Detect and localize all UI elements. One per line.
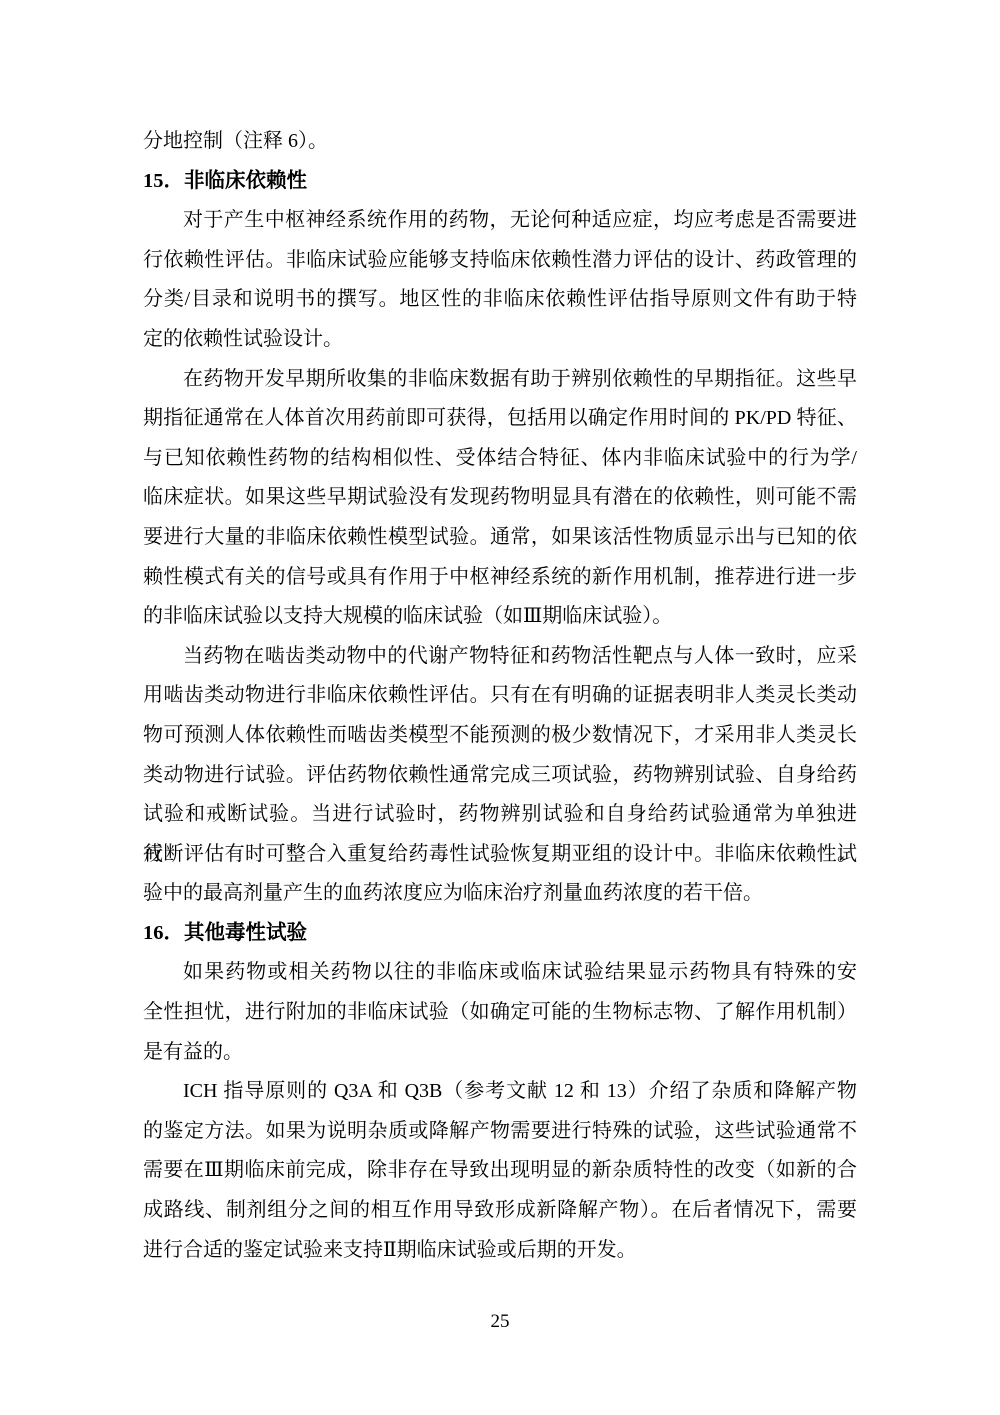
section-heading: 16．其他毒性试验 xyxy=(143,914,857,954)
body-line: 类动物进行试验。评估药物依赖性通常完成三项试验，药物辨别试验、自身给药 xyxy=(143,756,857,796)
section-heading: 15．非临床依赖性 xyxy=(143,162,857,202)
body-line: 全性担忧，进行附加的非临床试验（如确定可能的生物标志物、了解作用机制） xyxy=(143,993,857,1033)
body-line: 需要在Ⅲ期临床前完成，除非存在导致出现明显的新杂质特性的改变（如新的合 xyxy=(143,1151,857,1191)
body-line: 期指征通常在人体首次用药前即可获得，包括用以确定作用时间的 PK/PD 特征、 xyxy=(143,399,857,439)
text-content: 分地控制（注释 6）。15．非临床依赖性对于产生中枢神经系统作用的药物，无论何种… xyxy=(143,122,857,1270)
body-line: 成路线、制剂组分之间的相互作用导致形成新降解产物）。在后者情况下，需要 xyxy=(143,1191,857,1231)
body-line: 如果药物或相关药物以往的非临床或临床试验结果显示药物具有特殊的安 xyxy=(143,953,857,993)
body-line: 对于产生中枢神经系统作用的药物，无论何种适应症，均应考虑是否需要进 xyxy=(143,201,857,241)
body-line: 的鉴定方法。如果为说明杂质或降解产物需要进行特殊的试验，这些试验通常不 xyxy=(143,1112,857,1152)
body-line: 试验和戒断试验。当进行试验时，药物辨别试验和自身给药试验通常为单独进行。 xyxy=(143,795,857,835)
body-line: 物可预测人体依赖性而啮齿类模型不能预测的极少数情况下，才采用非人类灵长 xyxy=(143,716,857,756)
body-line: 在药物开发早期所收集的非临床数据有助于辨别依赖性的早期指征。这些早 xyxy=(143,360,857,400)
body-line: 验中的最高剂量产生的血药浓度应为临床治疗剂量血药浓度的若干倍。 xyxy=(143,874,857,914)
body-line: 分地控制（注释 6）。 xyxy=(143,122,857,162)
body-line: 戒断评估有时可整合入重复给药毒性试验恢复期亚组的设计中。非临床依赖性试 xyxy=(143,835,857,875)
document-page: 分地控制（注释 6）。15．非临床依赖性对于产生中枢神经系统作用的药物，无论何种… xyxy=(0,0,1000,1415)
body-line: 要进行大量的非临床依赖性模型试验。通常，如果该活性物质显示出与已知的依 xyxy=(143,518,857,558)
body-line: 与已知依赖性药物的结构相似性、受体结合特征、体内非临床试验中的行为学/ xyxy=(143,439,857,479)
body-line: 定的依赖性试验设计。 xyxy=(143,320,857,360)
body-line: 的非临床试验以支持大规模的临床试验（如Ⅲ期临床试验）。 xyxy=(143,597,857,637)
body-line: 临床症状。如果这些早期试验没有发现药物明显具有潜在的依赖性，则可能不需 xyxy=(143,478,857,518)
body-line: 是有益的。 xyxy=(143,1033,857,1073)
body-line: ICH 指导原则的 Q3A 和 Q3B（参考文献 12 和 13）介绍了杂质和降… xyxy=(143,1072,857,1112)
body-line: 进行合适的鉴定试验来支持Ⅱ期临床试验或后期的开发。 xyxy=(143,1231,857,1271)
page-number: 25 xyxy=(0,1310,1000,1334)
body-line: 用啮齿类动物进行非临床依赖性评估。只有在有明确的证据表明非人类灵长类动 xyxy=(143,676,857,716)
body-line: 当药物在啮齿类动物中的代谢产物特征和药物活性靶点与人体一致时，应采 xyxy=(143,637,857,677)
body-line: 赖性模式有关的信号或具有作用于中枢神经系统的新作用机制，推荐进行进一步 xyxy=(143,558,857,598)
body-line: 行依赖性评估。非临床试验应能够支持临床依赖性潜力评估的设计、药政管理的 xyxy=(143,241,857,281)
body-line: 分类/目录和说明书的撰写。地区性的非临床依赖性评估指导原则文件有助于特 xyxy=(143,280,857,320)
